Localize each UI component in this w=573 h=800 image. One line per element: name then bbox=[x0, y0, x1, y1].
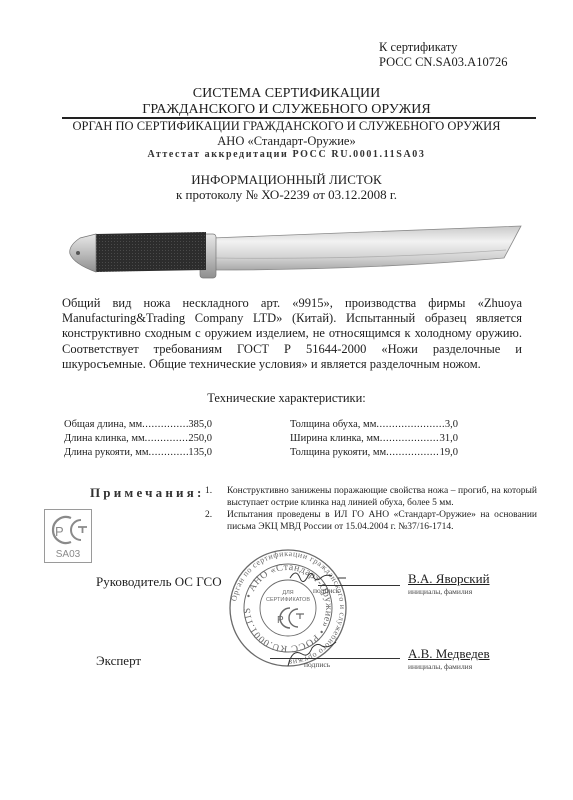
spec-row: Ширина клинка, мм31,0 bbox=[290, 432, 458, 446]
leader-dots bbox=[386, 446, 439, 460]
spec-label: Толщина рукояти, мм bbox=[290, 446, 386, 460]
note-text: Конструктивно занижены поражающие свойст… bbox=[227, 486, 537, 509]
spec-value: 250,0 bbox=[188, 432, 212, 446]
spec-row: Длина рукояти, мм135,0 bbox=[64, 446, 212, 460]
title-text: ИНФОРМАЦИОННЫЙ ЛИСТОК bbox=[0, 172, 573, 187]
spec-label: Длина клинка, мм bbox=[64, 432, 145, 446]
system-line-2: ГРАЖДАНСКОГО И СЛУЖЕБНОГО ОРУЖИЯ bbox=[0, 102, 573, 118]
leader-dots bbox=[380, 432, 440, 446]
signature-caption: подпись bbox=[313, 586, 339, 595]
document-title: ИНФОРМАЦИОННЫЙ ЛИСТОК к протоколу № ХО-2… bbox=[0, 172, 573, 202]
signature-caption: подпись bbox=[304, 660, 330, 669]
name-caption: инициалы, фамилия bbox=[408, 662, 472, 671]
leader-dots bbox=[148, 446, 188, 460]
certificate-number: РОСС CN.SA03.A10726 bbox=[379, 55, 507, 70]
notes-list: 1. Конструктивно занижены поражающие сво… bbox=[205, 486, 537, 534]
certification-logo: Р SA03 bbox=[44, 509, 92, 563]
head-name: В.А. Яворский bbox=[408, 571, 490, 587]
signature-line bbox=[270, 658, 400, 659]
spec-label: Длина рукояти, мм bbox=[64, 446, 148, 460]
specs-left-column: Общая длина, мм385,0 Длина клинка, мм250… bbox=[64, 418, 212, 460]
leader-dots bbox=[376, 418, 445, 432]
head-role: Руководитель ОС ГСО bbox=[96, 574, 222, 590]
spec-label: Толщина обуха, мм bbox=[290, 418, 376, 432]
spec-value: 135,0 bbox=[188, 446, 212, 460]
spec-row: Длина клинка, мм250,0 bbox=[64, 432, 212, 446]
svg-text:ДЛЯ: ДЛЯ bbox=[282, 590, 293, 596]
spec-value: 385,0 bbox=[188, 418, 212, 432]
rs-mark-icon: Р bbox=[45, 510, 91, 548]
leader-dots bbox=[145, 432, 189, 446]
accreditation-line: Аттестат аккредитации РОСС RU.0001.11SA0… bbox=[0, 149, 573, 160]
svg-text:Р: Р bbox=[277, 615, 284, 626]
specs-title: Технические характеристики: bbox=[0, 391, 573, 406]
official-stamp: Орган по сертификации гражданского и слу… bbox=[228, 548, 348, 668]
note-item: 1. Конструктивно занижены поражающие сво… bbox=[205, 486, 537, 509]
knife-image bbox=[66, 220, 526, 282]
organ-line-2: АНО «Стандарт-Оружие» bbox=[0, 134, 573, 149]
spec-row: Толщина рукояти, мм19,0 bbox=[290, 446, 458, 460]
expert-name: А.В. Медведев bbox=[408, 646, 490, 662]
spec-label: Ширина клинка, мм bbox=[290, 432, 380, 446]
spec-row: Толщина обуха, мм3,0 bbox=[290, 418, 458, 432]
spec-value: 19,0 bbox=[440, 446, 458, 460]
note-number: 1. bbox=[205, 486, 227, 509]
name-caption: инициалы, фамилия bbox=[408, 587, 472, 596]
spec-value: 3,0 bbox=[445, 418, 458, 432]
svg-text:СЕРТИФИКАТОВ: СЕРТИФИКАТОВ bbox=[266, 597, 310, 603]
svg-text:Р: Р bbox=[55, 524, 64, 539]
certification-body-heading: ОРГАН ПО СЕРТИФИКАЦИИ ГРАЖДАНСКОГО И СЛУ… bbox=[0, 119, 573, 149]
spec-row: Общая длина, мм385,0 bbox=[64, 418, 212, 432]
spec-value: 31,0 bbox=[440, 432, 458, 446]
logo-code: SA03 bbox=[45, 549, 91, 560]
note-number: 2. bbox=[205, 510, 227, 533]
product-description: Общий вид ножа нескладного арт. «9915», … bbox=[62, 296, 522, 372]
note-item: 2. Испытания проведены в ИЛ ГО АНО «Стан… bbox=[205, 510, 537, 533]
note-text: Испытания проведены в ИЛ ГО АНО «Стандар… bbox=[227, 510, 537, 533]
leader-dots bbox=[142, 418, 188, 432]
spec-label: Общая длина, мм bbox=[64, 418, 142, 432]
notes-label: Примечания: bbox=[90, 485, 205, 501]
specs-right-column: Толщина обуха, мм3,0 Ширина клинка, мм31… bbox=[290, 418, 458, 460]
system-line-1: СИСТЕМА СЕРТИФИКАЦИИ bbox=[0, 86, 573, 102]
certification-system-heading: СИСТЕМА СЕРТИФИКАЦИИ ГРАЖДАНСКОГО И СЛУЖ… bbox=[0, 86, 573, 118]
expert-role: Эксперт bbox=[96, 653, 141, 669]
organ-line-1: ОРГАН ПО СЕРТИФИКАЦИИ ГРАЖДАНСКОГО И СЛУ… bbox=[0, 119, 573, 134]
certificate-reference: К сертификату РОСС CN.SA03.A10726 bbox=[379, 40, 507, 70]
protocol-reference: к протоколу № ХО-2239 от 03.12.2008 г. bbox=[0, 187, 573, 202]
certificate-ref-label: К сертификату bbox=[379, 40, 507, 55]
